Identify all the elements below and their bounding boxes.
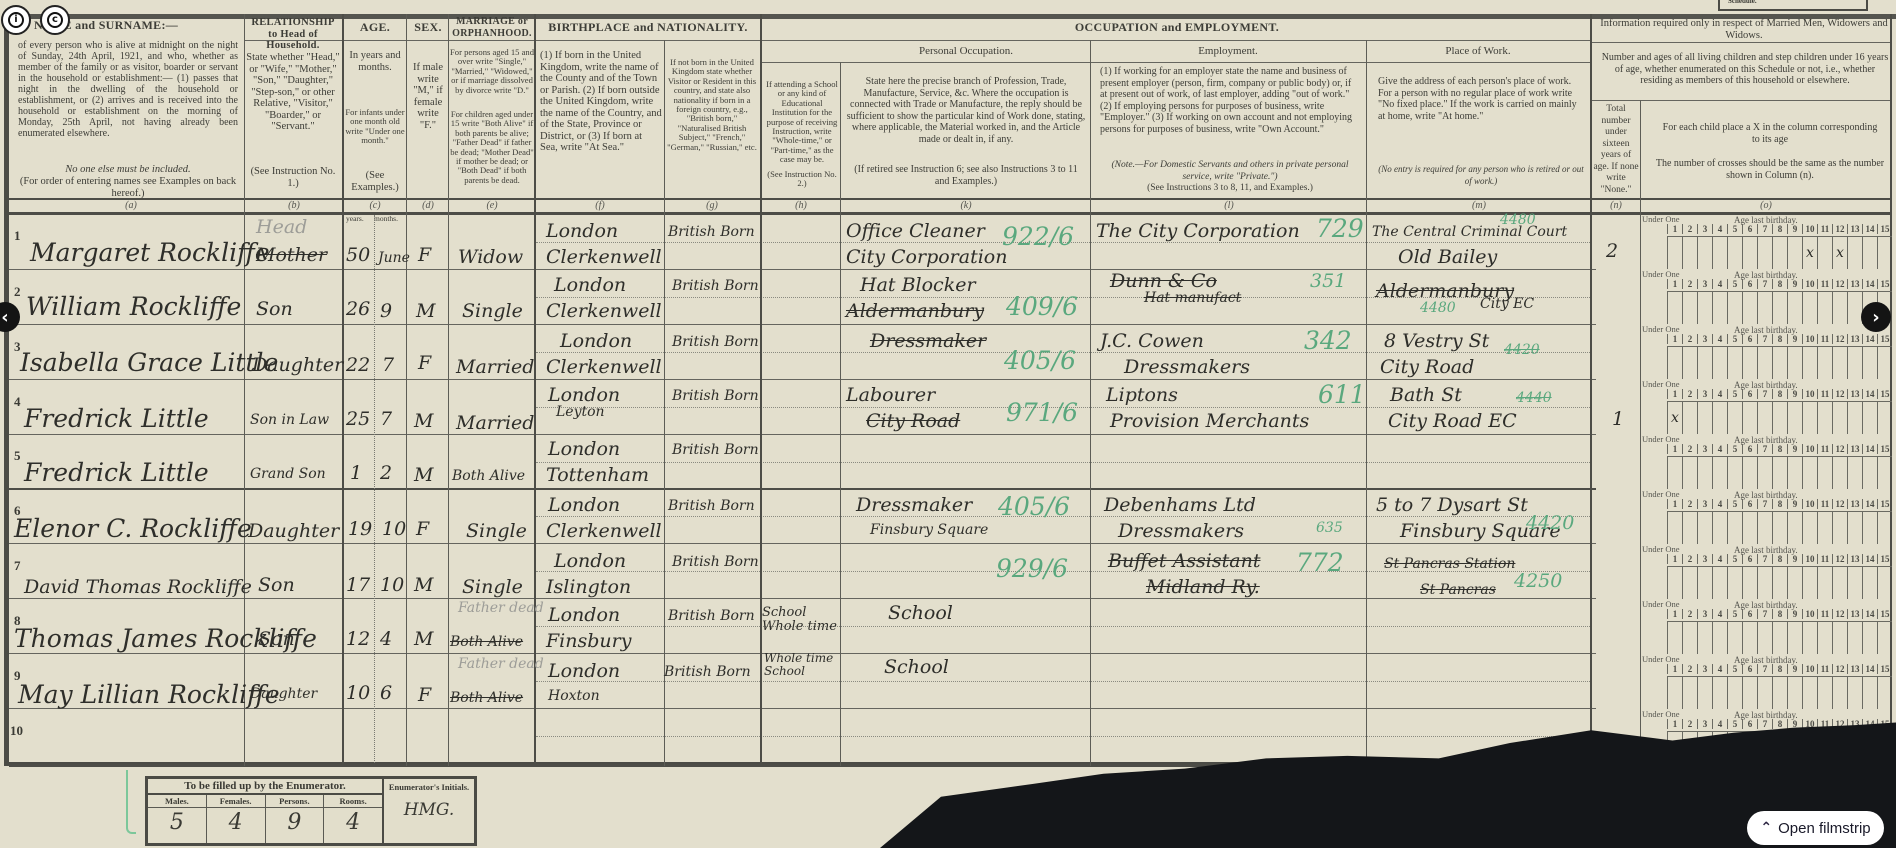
age-months: 2 [380,462,392,484]
relationship: Son [258,574,295,596]
col-letter-k: (k) [842,200,1090,211]
years-label: years. [346,214,364,223]
sex: M [414,574,433,596]
sex: M [416,300,435,322]
occupation-code: 405/6 [1004,346,1076,375]
nationality: British Born [668,224,755,240]
children-age-grid: Under OneAge last birthday. 123456789101… [1640,654,1892,709]
marriage-status: Married [456,356,534,378]
sex-instructions: If male write "M," if female write "F." [408,62,448,131]
females-cell: Females.4 [207,795,266,843]
employer-line2: Midland Ry. [1146,576,1260,598]
children-age-grid: Under OneAge last birthday. 123456789101… [1640,324,1892,379]
relationship: Mother [256,244,327,266]
workplace-line2: City Road EC [1388,410,1517,432]
info-button[interactable]: i [1,5,31,35]
cross-instructions: For each child place a X in the column c… [1660,122,1880,145]
occupation: Dressmaker [856,494,972,516]
workplace: 8 Vestry St [1384,330,1489,352]
children-age-grid: Under OneAge last birthday. 123456789101… [1640,269,1892,324]
birth-town: Islington [546,576,631,598]
relationship-title: RELATIONSHIP to Head of Household. [246,17,340,52]
children-total: 1 [1612,408,1624,430]
birth-county: London [560,330,632,352]
col-letter-m: (m) [1368,200,1590,211]
person-name: Elenor C. Rockliffe [14,514,252,543]
workplace-code: 4250 [1514,570,1562,592]
birth-county: London [548,438,620,460]
birth-county: London [548,384,620,406]
age-years: 26 [346,298,370,320]
person-name: Isabella Grace Little [20,348,278,377]
persons-cell: Persons.9 [266,795,325,843]
workplace-line2: Old Bailey [1398,246,1497,268]
person-name: Fredrick Little [24,458,209,487]
age-years: 22 [346,354,370,376]
employer: Liptons [1106,384,1178,406]
workplace: Bath St [1390,384,1462,406]
enumerator-initials: HMG. [384,800,474,820]
chevron-left-icon: ‹ [1,307,8,328]
sex: F [418,352,431,374]
employer-code: 611 [1318,380,1366,409]
person-name: May Lillian Rockliffe [18,680,280,709]
nationality: British Born [672,278,759,294]
personal-occupation-title: Personal Occupation. [842,46,1090,58]
occupation-line2: Finsbury Square [870,522,988,538]
birth-town: Clerkenwell [546,246,662,268]
relationship: Son [256,298,293,320]
occupation: Labourer [846,384,935,406]
age-years: 19 [348,518,372,540]
employer-line2: Dressmakers [1124,356,1250,378]
person-name: Margaret Rockliffe [30,238,270,267]
relationship: Grand Son [250,466,326,482]
children-total: 2 [1606,240,1618,262]
employer-code: 351 [1310,270,1346,292]
age-months: 7 [380,408,392,430]
children-age-grid: Under OneAge last birthday. 123456789101… [1640,434,1892,489]
sex: M [414,464,433,486]
sex: F [418,684,431,706]
occupation-code: 405/6 [998,492,1070,521]
children-age-grid: Under OneAge last birthday. 123456789101… [1640,379,1892,434]
birth-county: London [546,220,618,242]
relationship: Daughter [250,686,317,702]
chevron-up-icon: ⌃ [1760,820,1772,836]
nationality: British Born [672,554,759,570]
under-one-label: Under One [1642,215,1680,224]
children-age-grid: Under One Age last birthday. 12345678910… [1640,214,1892,269]
occupation: School [884,656,949,678]
marriage-instructions: For persons aged 15 and over write "Sing… [450,48,534,95]
school-instructions: If attending a School or any kind of Edu… [764,80,840,165]
birth-town: Clerkenwell [546,520,662,542]
children-instructions: Number and ages of all living children a… [1600,52,1890,87]
row-number: 4 [14,394,21,410]
occupation-title: OCCUPATION and EMPLOYMENT. [762,22,1592,34]
birthplace-title: BIRTHPLACE and NATIONALITY. [536,22,760,34]
marriage-note: Father dead [458,656,544,672]
child-age-mark: x [1667,402,1682,434]
col-letter-n: (n) [1592,200,1640,211]
age-months: June [378,250,410,266]
age-months: 9 [380,300,392,322]
marriage-status: Single [466,520,527,542]
workplace-code: 4480 [1420,300,1456,316]
rooms-count: 4 [324,808,382,838]
sex: F [418,244,431,266]
marriage-children: For children aged under 15 write "Both A… [450,110,534,185]
age-months: 4 [380,628,392,650]
nationality-instructions: If not born in the United Kingdom state … [666,58,758,152]
birth-county: London [548,660,620,682]
sex: M [414,410,433,432]
employment-instructions: (1) If working for an employer state the… [1100,66,1360,135]
birth-county: London [554,274,626,296]
next-image-button[interactable]: › [1861,302,1891,332]
birth-town: Clerkenwell [546,300,662,322]
nationality: British Born [672,442,759,458]
workplace-line2: City EC [1480,296,1534,312]
col-letter-c: (c) [344,200,406,211]
census-document: Schedule. NAME and SURNAME:— of every pe… [0,0,1896,848]
enumerator-initials-cell: Enumerator's Initials. HMG. [384,779,474,843]
sex: M [414,628,433,650]
school-see: (See Instruction No. 2.) [764,170,840,189]
age-years: 25 [346,408,370,430]
employer: J.C. Cowen [1100,330,1204,352]
copyright-icon: c [47,12,63,28]
age-months: 10 [380,574,404,596]
occupation-code: 971/6 [1006,398,1078,427]
place-of-work-note: (No entry is required for any person who… [1378,164,1584,187]
employment-title: Employment. [1092,46,1364,58]
workplace-line2: St Pancras [1420,582,1496,598]
nationality: British Born [672,334,759,350]
birth-town: Hoxton [548,688,600,704]
age-title: AGE. [344,22,406,34]
workplace-line2: City Road [1380,356,1474,378]
school-attendance: Whole time School [764,652,838,678]
married-info-title: Information required only in respect of … [1596,18,1892,41]
occupation: Office Cleaner [846,220,985,242]
workplace: 5 to 7 Dysart St [1376,494,1528,516]
workplace-code: 4420 [1504,342,1540,358]
row-number: 7 [14,558,21,574]
person-name: Fredrick Little [24,404,209,433]
row-number: 1 [14,228,21,244]
name-order-note: (For order of entering names see Example… [18,176,238,199]
marriage-status: Widow [458,246,523,268]
age-see: (See Examples.) [344,170,406,193]
col-letter-a: (a) [18,200,244,211]
place-of-work-title: Place of Work. [1368,46,1588,58]
birth-town: Finsbury [546,630,631,652]
row-number: 5 [14,448,21,464]
employer-code: 342 [1304,326,1352,355]
marriage-title: MARRIAGE or ORPHANHOOD. [450,16,534,39]
birthplace-instructions: (1) If born in the United Kingdom, write… [540,50,662,154]
person-name: William Rockliffe [26,292,241,321]
personal-occupation-instructions: State here the precise branch of Profess… [846,76,1086,145]
col-letter-d: (d) [408,200,448,211]
age-months: 10 [382,518,406,540]
males-count: 5 [148,808,206,838]
relationship: Daughter [248,520,339,542]
age-months: 7 [382,354,394,376]
employer: Debenhams Ltd [1104,494,1256,516]
col-letter-e: (e) [450,200,534,211]
employer-line2: Dressmakers [1118,520,1244,542]
child-age-mark: x [1832,237,1847,269]
marriage-note: Father dead [458,600,544,616]
age-years: 10 [346,682,370,704]
schedule-label: Schedule. [1728,0,1757,5]
info-icon: i [8,12,24,28]
relationship: Daughter [252,354,343,376]
relationship-original: Head [256,216,307,238]
marriage-status: Married [456,412,534,434]
marriage-status: Both Alive [450,690,523,706]
col-letter-f: (f) [536,200,664,211]
employer: Buffet Assistant [1108,550,1260,572]
birth-county: London [548,604,620,626]
nationality: British Born [668,608,755,624]
person-name: David Thomas Rockliffe [24,576,252,598]
rooms-cell: Rooms.4 [324,795,382,843]
employer-code: 635 [1316,520,1343,536]
chevron-right-icon: › [1872,307,1879,328]
workplace-code: 4440 [1516,390,1552,406]
relationship: Son [258,628,295,650]
copyright-button[interactable]: c [40,5,70,35]
col-letter-l: (l) [1092,200,1366,211]
employer: Dunn & Co [1110,270,1217,292]
personal-occupation-see: (If retired see Instruction 6; see also … [846,164,1086,187]
relationship-see: (See Instruction No. 1.) [246,166,340,189]
months-label: months. [374,214,398,223]
age-months: 6 [380,682,392,704]
place-of-work-instructions: Give the address of each person's place … [1378,76,1584,122]
row-number: 2 [14,284,21,300]
occupation-line2: Aldermanbury [846,300,984,322]
occupation-code: 409/6 [1006,292,1078,321]
sex: F [416,518,429,540]
children-age-grid: Under OneAge last birthday. 123456789101… [1640,599,1892,654]
males-cell: Males.5 [148,795,207,843]
workplace: St Pancras Station [1384,556,1515,572]
age-infants: For infants under one month old write "U… [344,108,406,146]
occupation: Hat Blocker [860,274,976,296]
occupation-code: 922/6 [1002,222,1074,251]
school-attendance: School Whole time [762,606,838,634]
employer-line2: Provision Merchants [1110,410,1309,432]
green-tick-mark [126,770,136,834]
enumerator-box: To be filled up by the Enumerator. Males… [145,776,477,846]
relationship-instructions: State whether "Head," or "Wife," "Mother… [246,52,340,133]
sex-title: SEX. [408,22,448,34]
age-years: 12 [346,628,370,650]
nationality: British Born [672,388,759,404]
row-number: 10 [10,723,23,739]
children-age-grid: Under OneAge last birthday. 123456789101… [1640,489,1892,544]
marriage-status: Single [462,576,523,598]
nationality: British Born [664,664,751,680]
workplace: The Central Criminal Court [1372,224,1567,240]
employment-see: (See Instructions 3 to 8, 11, and Exampl… [1100,183,1360,195]
employment-note: (Note.—For Domestic Servants and others … [1100,160,1360,183]
workplace-code: 4420 [1526,512,1574,534]
col-letter-h: (h) [762,200,840,211]
females-count: 4 [207,808,265,838]
open-filmstrip-label: Open filmstrip [1778,820,1871,837]
total-instructions: Total number under sixteen years of age.… [1592,104,1640,196]
employer: The City Corporation [1096,220,1300,242]
occupation-code: 929/6 [996,554,1068,583]
birth-county: London [554,550,626,572]
enumerator-title: To be filled up by the Enumerator. [148,779,384,795]
birth-town: Tottenham [546,464,649,486]
persons-count: 9 [266,808,324,838]
age-years: 17 [346,574,370,596]
age-years: 50 [346,244,370,266]
marriage-status: Single [462,300,523,322]
relationship: Son in Law [250,412,329,428]
occupation: School [888,602,953,624]
occupation-line2: City Corporation [846,246,1007,268]
col-letter-b: (b) [246,200,342,211]
age-years: 1 [350,462,362,484]
child-age-mark: x [1802,237,1817,269]
children-age-grid: Under OneAge last birthday. 123456789101… [1640,544,1892,599]
birth-town: Clerkenwell [546,356,662,378]
schedule-box: Schedule. [1718,0,1868,11]
age-instructions: In years and months. [344,50,406,73]
open-filmstrip-button[interactable]: ⌃ Open filmstrip [1747,811,1884,845]
occupation: Dressmaker [870,330,986,352]
occupation-line2: City Road [866,410,960,432]
name-instructions: of every person who is alive at midnight… [18,40,238,139]
birth-county: London [548,494,620,516]
workplace-code: 4480 [1500,212,1536,228]
employer-code: 729 [1316,214,1364,243]
employer-code: 772 [1296,548,1344,577]
nationality: British Born [668,498,755,514]
marriage-status: Both Alive [452,468,525,484]
marriage-status: Both Alive [450,634,523,650]
cross-note: The number of crosses should be the same… [1650,158,1890,181]
col-letter-o: (o) [1640,200,1892,211]
col-letter-g: (g) [664,200,760,211]
employer-line2: Hat manufact [1144,290,1241,306]
name-note: No one else must be included. [18,164,238,176]
birth-town: Leyton [556,404,605,420]
